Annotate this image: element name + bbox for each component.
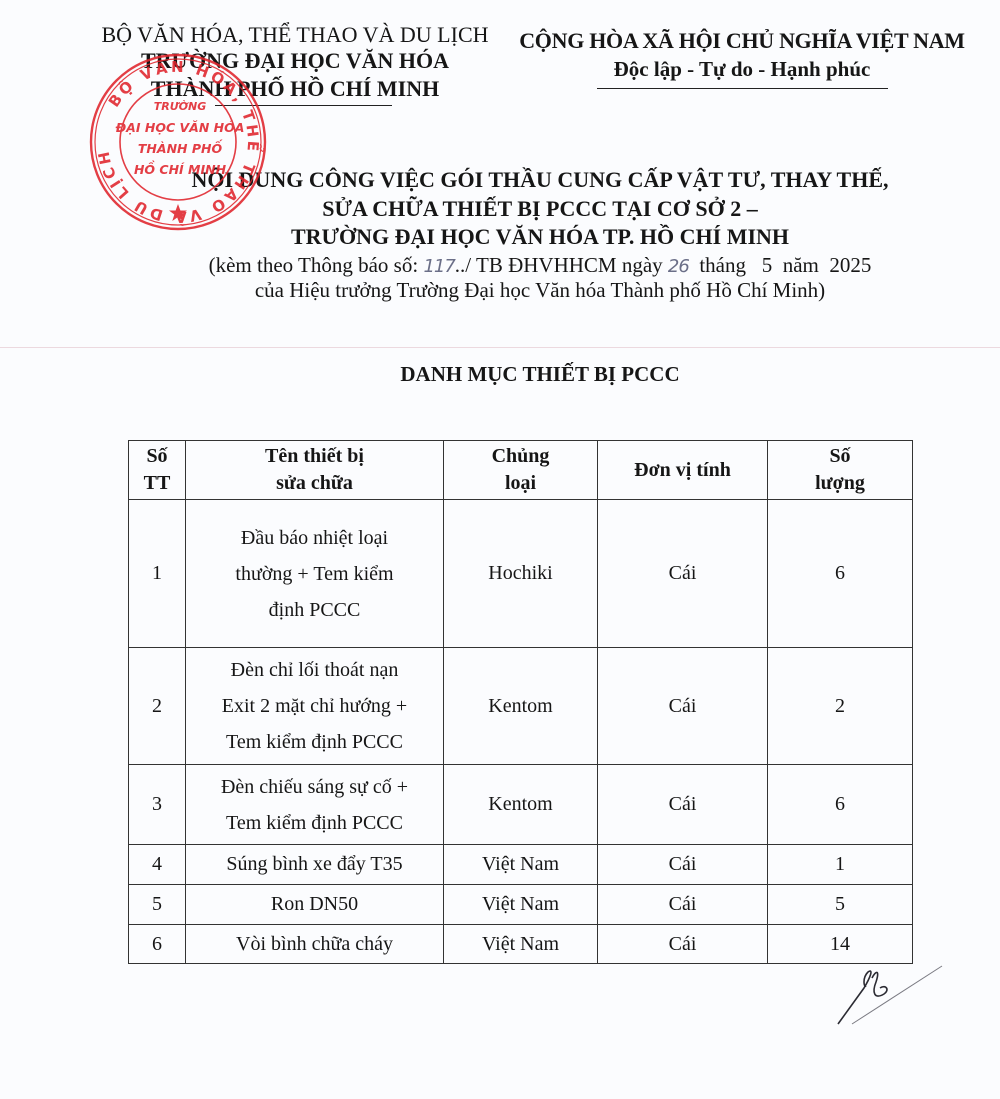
document-title-line2: SỬA CHỮA THIẾT BỊ PCCC TẠI CƠ SỞ 2 – [100, 196, 980, 222]
cell-name: Đầu báo nhiệt loại thường + Tem kiểm địn… [186, 500, 444, 648]
cell-type: Kentom [444, 648, 598, 765]
header-unit: Đơn vị tính [598, 441, 768, 500]
cell-qty: 1 [768, 845, 913, 885]
reference-prefix: (kèm theo Thông báo số: [209, 253, 424, 277]
header-right-underline [597, 88, 888, 89]
cell-unit: Cái [598, 845, 768, 885]
table-row: 3 Đèn chiếu sáng sự cố + Tem kiểm định P… [129, 765, 913, 845]
header-type: Chủng loại [444, 441, 598, 500]
cell-stt: 5 [129, 885, 186, 925]
attachment-reference: (kèm theo Thông báo số: 117../ TB ĐHVHHC… [100, 253, 980, 278]
header-qty: Số lượng [768, 441, 913, 500]
cell-type: Việt Nam [444, 925, 598, 964]
cell-qty: 6 [768, 765, 913, 845]
cell-name: Ron DN50 [186, 885, 444, 925]
handwritten-notice-number: 117 [423, 256, 454, 277]
reference-mid: ../ TB ĐHVHHCM ngày [455, 253, 668, 277]
cell-type: Việt Nam [444, 885, 598, 925]
cell-name: Đèn chiếu sáng sự cố + Tem kiểm định PCC… [186, 765, 444, 845]
document-title-line1: NỘI DUNG CÔNG VIỆC GÓI THẦU CUNG CẤP VẬT… [100, 167, 980, 193]
cell-unit: Cái [598, 925, 768, 964]
cell-name: Súng bình xe đẩy T35 [186, 845, 444, 885]
cell-unit: Cái [598, 648, 768, 765]
ministry-name: BỘ VĂN HÓA, THỂ THAO VÀ DU LỊCH [80, 22, 510, 48]
cell-unit: Cái [598, 885, 768, 925]
table-row: 1 Đầu báo nhiệt loại thường + Tem kiểm đ… [129, 500, 913, 648]
cell-type: Kentom [444, 765, 598, 845]
national-title: CỘNG HÒA XÃ HỘI CHỦ NGHĨA VIỆT NAM [500, 28, 984, 54]
header-stt: Số TT [129, 441, 186, 500]
cell-stt: 1 [129, 500, 186, 648]
svg-text:THÀNH PHỐ: THÀNH PHỐ [138, 139, 224, 156]
cell-qty: 5 [768, 885, 913, 925]
cell-name: Vòi bình chữa cháy [186, 925, 444, 964]
cell-qty: 2 [768, 648, 913, 765]
table-header-row: Số TT Tên thiết bị sửa chữa Chủng loại Đ… [129, 441, 913, 500]
svg-text:ĐẠI HỌC VĂN HÓA: ĐẠI HỌC VĂN HÓA [115, 120, 245, 135]
cell-stt: 3 [129, 765, 186, 845]
cell-type: Việt Nam [444, 845, 598, 885]
table-row: 5 Ron DN50 Việt Nam Cái 5 [129, 885, 913, 925]
national-motto: Độc lập - Tự do - Hạnh phúc [500, 57, 984, 82]
cell-stt: 2 [129, 648, 186, 765]
attachment-issuer: của Hiệu trưởng Trường Đại học Văn hóa T… [100, 278, 980, 303]
cell-type: Hochiki [444, 500, 598, 648]
cell-unit: Cái [598, 500, 768, 648]
equipment-table: Số TT Tên thiết bị sửa chữa Chủng loại Đ… [128, 440, 913, 964]
handwritten-day: 26 [668, 256, 689, 277]
cell-unit: Cái [598, 765, 768, 845]
signature-initials-icon [830, 958, 950, 1028]
table-row: 2 Đèn chỉ lối thoát nạn Exit 2 mặt chỉ h… [129, 648, 913, 765]
cell-name: Đèn chỉ lối thoát nạn Exit 2 mặt chỉ hướ… [186, 648, 444, 765]
cell-stt: 6 [129, 925, 186, 964]
section-title: DANH MỤC THIẾT BỊ PCCC [100, 362, 980, 387]
document-title-line3: TRƯỜNG ĐẠI HỌC VĂN HÓA TP. HỒ CHÍ MINH [100, 224, 980, 250]
school-name-line1: TRƯỜNG ĐẠI HỌC VĂN HÓA [80, 48, 510, 74]
table-row: 6 Vòi bình chữa cháy Việt Nam Cái 14 [129, 925, 913, 964]
table-row: 4 Súng bình xe đẩy T35 Việt Nam Cái 1 [129, 845, 913, 885]
cell-qty: 6 [768, 500, 913, 648]
header-name: Tên thiết bị sửa chữa [186, 441, 444, 500]
cell-stt: 4 [129, 845, 186, 885]
school-name-line2: THÀNH PHỐ HỒ CHÍ MINH [80, 76, 510, 102]
header-left-underline [215, 105, 392, 106]
reference-suffix: tháng 5 năm 2025 [689, 253, 872, 277]
page-break-line [0, 347, 1000, 348]
